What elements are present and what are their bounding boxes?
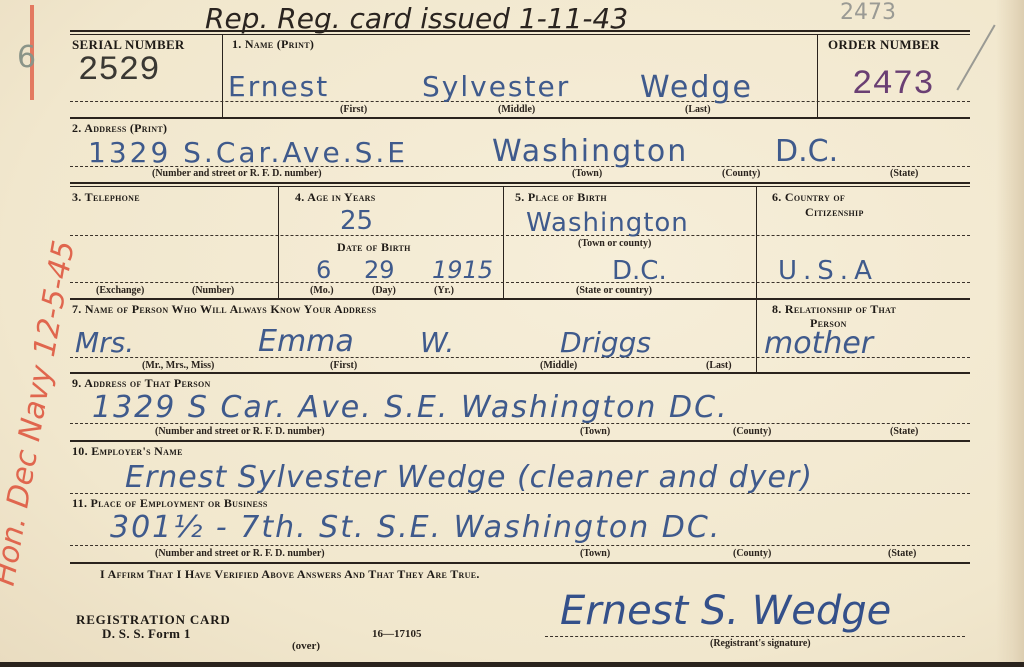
discharge-annotation: Hon. Dec Navy 12-5-45 [0, 287, 73, 589]
first-name-value: Ernest [228, 70, 329, 103]
card-edge [996, 0, 1024, 667]
caption: (First) [340, 104, 367, 115]
caption: (Town or county) [578, 238, 651, 249]
rule [70, 372, 970, 374]
caption: (County) [733, 548, 771, 559]
caption: (State) [888, 548, 916, 559]
caption: (Town) [572, 168, 602, 179]
registrant-signature: Ernest S. Wedge [560, 588, 891, 634]
relationship-label: 8. Relationship of That [772, 302, 896, 317]
top-rule-2 [70, 34, 970, 35]
age-label: 4. Age in Years [295, 190, 376, 205]
divider [756, 186, 757, 372]
caption: (Number and street or R. F. D. number) [155, 548, 325, 559]
signature-line [545, 636, 965, 637]
caption: (Number and street or R. F. D. number) [152, 168, 322, 179]
form-number: 16—17105 [372, 628, 422, 640]
caption: (State) [890, 426, 918, 437]
address-street-value: 1329 S.Car.Ave.S.E [88, 136, 408, 169]
name-label: 1. Name (Print) [232, 37, 314, 52]
dob-day: 29 [364, 256, 395, 284]
caption: (Last) [706, 360, 732, 371]
pencil-order-annotation: 2473 [840, 0, 896, 25]
contact-middle-value: W. [420, 326, 454, 359]
registration-card: Rep. Reg. card issued 1-11-43 2473 Hon. … [0, 0, 1024, 667]
telephone-label: 3. Telephone [72, 190, 140, 205]
top-rule [70, 30, 970, 32]
divider [817, 34, 818, 118]
citizenship-value: U.S.A [778, 256, 878, 286]
dash-line [70, 545, 970, 546]
contact-last-value: Driggs [560, 326, 651, 359]
caption: (Last) [685, 104, 711, 115]
caption: (Number) [192, 285, 234, 296]
last-name-value: Wedge [640, 70, 753, 105]
dob-month: 6 [316, 256, 331, 284]
caption: (Middle) [498, 104, 535, 115]
citizenship-label-2: Citizenship [805, 205, 864, 220]
caption: (Day) [372, 285, 396, 296]
birthplace-state-value: D.C. [612, 256, 667, 286]
address-state-value: D.C. [775, 134, 838, 169]
rule [70, 440, 970, 442]
caption: (Number and street or R. F. D. number) [155, 426, 325, 437]
over-note: (over) [292, 640, 320, 652]
rule [70, 117, 970, 119]
contact-title-value: Mrs. [75, 326, 134, 359]
caption: (State or country) [576, 285, 652, 296]
birthplace-town-value: Washington [526, 208, 689, 238]
rule [70, 298, 970, 300]
rule [70, 182, 970, 184]
dob-year: 1915 [432, 256, 493, 284]
contact-address-label: 9. Address of That Person [72, 376, 211, 391]
gray-annotation: 6 [17, 40, 36, 75]
caption: (Town) [580, 426, 610, 437]
serial-number-label: SERIAL NUMBER [72, 37, 185, 53]
caption: (Yr.) [434, 285, 454, 296]
employment-place-label: 11. Place of Employment or Business [72, 496, 268, 511]
divider [222, 34, 223, 118]
caption: (County) [722, 168, 760, 179]
employer-value: Ernest Sylvester Wedge (cleaner and dyer… [125, 460, 813, 495]
caption: (First) [330, 360, 357, 371]
form-name: D. S. S. Form 1 [102, 626, 191, 642]
rule [70, 562, 970, 564]
caption: (State) [890, 168, 918, 179]
caption: (Mo.) [310, 285, 334, 296]
caption: (Middle) [540, 360, 577, 371]
address-label: 2. Address (Print) [72, 121, 167, 136]
citizenship-label: 6. Country of [772, 190, 845, 205]
birthplace-label: 5. Place of Birth [515, 190, 607, 205]
contact-label: 7. Name of Person Who Will Always Know Y… [72, 302, 376, 317]
affirmation-text: I Affirm That I Have Verified Above Answ… [100, 567, 480, 582]
serial-number-value: 2529 [78, 52, 160, 90]
caption: (Exchange) [96, 285, 144, 296]
card-bottom-edge [0, 662, 1024, 667]
contact-first-value: Emma [258, 324, 354, 359]
address-town-value: Washington [492, 134, 688, 169]
relationship-value: mother [764, 326, 873, 361]
dash-line [70, 235, 970, 236]
age-value: 25 [340, 206, 373, 236]
order-number-label: ORDER NUMBER [828, 37, 940, 53]
middle-name-value: Sylvester [422, 70, 570, 103]
contact-address-value: 1329 S Car. Ave. S.E. Washington DC. [92, 390, 729, 425]
employment-place-value: 301½ - 7th. St. S.E. Washington DC. [110, 510, 721, 545]
rule [70, 186, 970, 187]
dob-label: Date of Birth [337, 240, 411, 255]
caption: (Town) [580, 548, 610, 559]
employer-label: 10. Employer's Name [72, 444, 183, 459]
caption: (County) [733, 426, 771, 437]
order-number-value: 2473 [852, 66, 934, 104]
signature-caption: (Registrant's signature) [710, 638, 811, 649]
caption: (Mr., Mrs., Miss) [142, 360, 214, 371]
